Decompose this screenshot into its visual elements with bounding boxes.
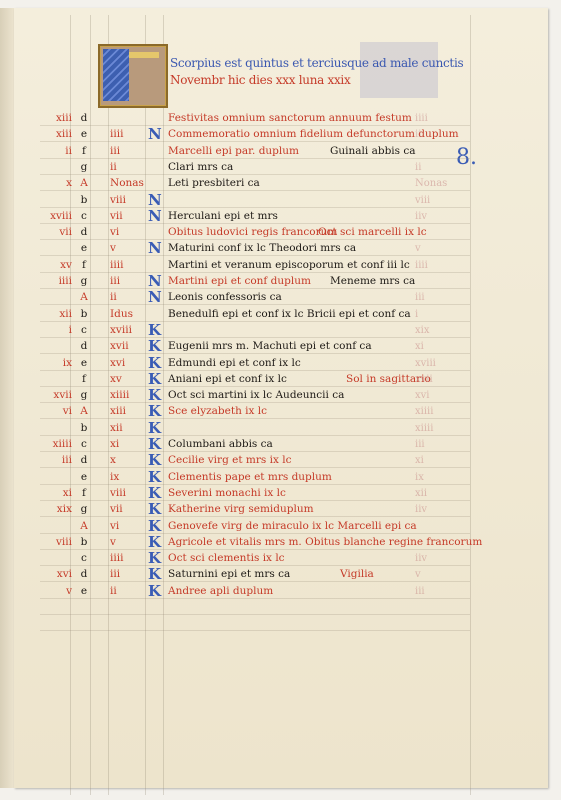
golden-number: viii <box>36 535 72 550</box>
ruling-line <box>40 158 470 159</box>
dominical-letter: c <box>78 551 90 566</box>
ruling-line <box>40 451 470 452</box>
calendar-row: xiiieiiiiNCommemoratio omnium fidelium d… <box>0 127 561 142</box>
dominical-letter: g <box>78 160 90 175</box>
calendar-row: iiiigiiiNMartini epi et conf duplumMenem… <box>0 274 561 289</box>
roman-date: ii <box>110 290 146 305</box>
dominical-letter: f <box>78 144 90 159</box>
ruling-line <box>40 125 470 126</box>
golden-number: xix <box>36 502 72 517</box>
show-through-text: xiiii <box>415 404 433 419</box>
golden-number: xiiii <box>36 437 72 452</box>
calendar-row: bxiiKxiiii <box>0 421 561 436</box>
calendar-row: xiibIdusBenedulfi epi et conf ix lc Bric… <box>0 307 561 322</box>
roman-date: iiii <box>110 127 146 142</box>
calendar-row: viidviObitus ludovici regis francorumOct… <box>0 225 561 240</box>
show-through-text: viii <box>415 193 430 208</box>
dominical-letter: A <box>78 176 90 191</box>
feast-entry: Saturnini epi et mrs ca <box>168 567 290 582</box>
calendar-row: xifviiiKSeverini monachi ix lcxii <box>0 486 561 501</box>
golden-number: v <box>36 584 72 599</box>
ruling-line <box>40 533 470 534</box>
kl-mark: K <box>148 535 160 550</box>
dominical-letter: g <box>78 274 90 289</box>
show-through-initial <box>360 42 438 98</box>
kl-mark: K <box>148 486 160 501</box>
feast-entry: Andree apli duplum <box>168 584 273 599</box>
dominical-letter: A <box>78 290 90 305</box>
show-through-text: xi <box>415 339 424 354</box>
roman-date: iiii <box>110 258 146 273</box>
calendar-row: dxviiKEugenii mrs m. Machuti epi et conf… <box>0 339 561 354</box>
show-through-text: xviii <box>415 356 436 371</box>
calendar-row: xviigxiiiiKOct sci martini ix lc Audeunc… <box>0 388 561 403</box>
feast-entry: Severini monachi ix lc <box>168 486 286 501</box>
roman-date: viii <box>110 486 146 501</box>
kl-mark: K <box>148 356 160 371</box>
dominical-letter: e <box>78 127 90 142</box>
dominical-letter: f <box>78 486 90 501</box>
roman-date: xviii <box>110 323 146 338</box>
ruling-line <box>40 174 470 175</box>
feast-entry: Oct sci martini ix lc Audeuncii ca <box>168 388 344 403</box>
golden-number: iii <box>36 453 72 468</box>
calendar-row: fxvKAniani epi et conf ix lcSol in sagit… <box>0 372 561 387</box>
show-through-text: xvi <box>415 388 430 403</box>
feast-entry: Maturini conf ix lc Theodori mrs ca <box>168 241 356 256</box>
kl-mark: N <box>148 241 160 256</box>
golden-number: x <box>36 176 72 191</box>
kl-mark: K <box>148 453 160 468</box>
kl-mark: K <box>148 323 160 338</box>
dominical-letter: f <box>78 372 90 387</box>
dominical-letter: b <box>78 421 90 436</box>
kl-mark: N <box>148 193 160 208</box>
roman-date: xiiii <box>110 388 146 403</box>
golden-number: xvii <box>36 388 72 403</box>
feast-extra: Guinali abbis ca <box>330 144 416 159</box>
feast-entry: Leti presbiteri ca <box>168 176 260 191</box>
golden-number: xi <box>36 486 72 501</box>
zodiac-line: Scorpius est quintus et terciusque ad ma… <box>170 56 463 70</box>
ruling-line <box>40 337 470 338</box>
feast-entry: Columbani abbis ca <box>168 437 273 452</box>
ruling-line <box>40 207 470 208</box>
roman-date: Nonas <box>110 176 146 191</box>
feast-entry: Cecilie virg et mrs ix lc <box>168 453 291 468</box>
ruling-line <box>40 549 470 550</box>
show-through-text: v <box>415 567 421 582</box>
feast-extra: Oct sci marcelli ix lc <box>318 225 427 240</box>
golden-number: xviii <box>36 209 72 224</box>
dominical-letter: b <box>78 193 90 208</box>
show-through-text: iii <box>415 584 425 599</box>
calendar-row: bviiiNviii <box>0 193 561 208</box>
feast-entry: Leonis confessoris ca <box>168 290 282 305</box>
show-through-text: iiv <box>415 551 427 566</box>
dominical-letter: e <box>78 584 90 599</box>
roman-date: vi <box>110 225 146 240</box>
kl-mark: K <box>148 388 160 403</box>
roman-date: xvii <box>110 339 146 354</box>
show-through-text: iiii <box>415 258 428 273</box>
roman-date: ix <box>110 470 146 485</box>
golden-number: xiii <box>36 111 72 126</box>
show-through-text: xii <box>415 486 427 501</box>
kl-mark: N <box>148 127 160 142</box>
dominical-letter: b <box>78 307 90 322</box>
feast-entry: Katherine virg semiduplum <box>168 502 314 517</box>
ruling-line <box>40 516 470 517</box>
golden-number: xii <box>36 307 72 322</box>
dominical-letter: e <box>78 470 90 485</box>
show-through-text: iii <box>415 290 425 305</box>
ruling-line <box>40 272 470 273</box>
calendar-row: xiiidFestivitas omnium sanctorum annuum … <box>0 111 561 126</box>
roman-date: Idus <box>110 307 146 322</box>
illuminated-initial <box>98 44 168 108</box>
feast-entry: Martini et veranum episcoporum et conf i… <box>168 258 410 273</box>
feast-entry: Edmundi epi et conf ix lc <box>168 356 301 371</box>
ruling-line <box>40 418 470 419</box>
roman-date: xiii <box>110 404 146 419</box>
dominical-letter: f <box>78 258 90 273</box>
show-through-text: xiiii <box>415 421 433 436</box>
calendar-row: viAxiiiKSce elyzabeth ix lcxiiii <box>0 404 561 419</box>
calendar-row: ixexviKEdmundi epi et conf ix lcxviii <box>0 356 561 371</box>
kl-mark: K <box>148 519 160 534</box>
dominical-letter: A <box>78 519 90 534</box>
ruling-line <box>40 370 470 371</box>
ruling-line <box>40 500 470 501</box>
roman-date: v <box>110 241 146 256</box>
show-through-text: ii <box>415 160 421 175</box>
feast-entry: Obitus ludovici regis francorum <box>168 225 337 240</box>
dominical-letter: d <box>78 567 90 582</box>
calendar-row: xANonasLeti presbiteri caNonas <box>0 176 561 191</box>
show-through-text: Nonas <box>415 176 447 191</box>
roman-date: iii <box>110 274 146 289</box>
roman-date: xi <box>110 437 146 452</box>
kl-mark: N <box>148 290 160 305</box>
ruling-line <box>40 255 470 256</box>
roman-date: viii <box>110 193 146 208</box>
feast-entry: Clari mrs ca <box>168 160 233 175</box>
show-through-text: ix <box>415 470 424 485</box>
calendar-row: ciiiiKOct sci clementis ix lciiv <box>0 551 561 566</box>
feast-entry: Marcelli epi par. duplum <box>168 144 299 159</box>
dominical-letter: c <box>78 323 90 338</box>
feast-entry: Festivitas omnium sanctorum annuum festu… <box>168 111 412 126</box>
dominical-letter: c <box>78 437 90 452</box>
ruling-line <box>40 353 470 354</box>
feast-entry: Oct sci clementis ix lc <box>168 551 285 566</box>
calendar-row: veiiKAndree apli duplumiii <box>0 584 561 599</box>
feast-entry: Herculani epi et mrs <box>168 209 278 224</box>
ruling-line <box>40 321 470 322</box>
dominical-letter: d <box>78 339 90 354</box>
roman-date: ii <box>110 584 146 599</box>
ruling-line <box>40 598 470 599</box>
kl-mark: K <box>148 421 160 436</box>
calendar-row: evNMaturini conf ix lc Theodori mrs cav <box>0 241 561 256</box>
ruling-line <box>40 467 470 468</box>
roman-date: vi <box>110 519 146 534</box>
feast-entry: Genovefe virg de miraculo ix lc Marcelli… <box>168 519 417 534</box>
golden-number: xvi <box>36 567 72 582</box>
initial-gold-bar <box>129 52 159 58</box>
roman-date: x <box>110 453 146 468</box>
show-through-text: i <box>415 307 418 322</box>
feast-entry: Eugenii mrs m. Machuti epi et conf ca <box>168 339 372 354</box>
calendar-row: xiiiicxiKColumbani abbis caiii <box>0 437 561 452</box>
feast-entry: Martini epi et conf duplum <box>168 274 311 289</box>
ruling-line <box>40 484 470 485</box>
calendar-row: xvidiiiKSaturnini epi et mrs caVigiliav <box>0 567 561 582</box>
dominical-letter: A <box>78 404 90 419</box>
golden-number: xv <box>36 258 72 273</box>
initial-blue-panel <box>103 49 129 101</box>
roman-date: vii <box>110 209 146 224</box>
kl-mark: K <box>148 584 160 599</box>
ruling-line <box>40 239 470 240</box>
roman-date: xvi <box>110 356 146 371</box>
dominical-letter: d <box>78 225 90 240</box>
show-through-text: xvii <box>415 372 433 387</box>
ruling-line <box>40 581 470 582</box>
calendar-row: icxviiiKxix <box>0 323 561 338</box>
ruling-line <box>40 435 470 436</box>
calendar-row: xixgviiKKatherine virg semiduplumiiv <box>0 502 561 517</box>
show-through-text: iiv <box>415 209 427 224</box>
calendar-row: iiidxKCecilie virg et mrs ix lcxi <box>0 453 561 468</box>
dominical-letter: d <box>78 453 90 468</box>
kl-mark: K <box>148 551 160 566</box>
kl-mark: N <box>148 209 160 224</box>
roman-date: iiii <box>110 551 146 566</box>
kl-mark: N <box>148 274 160 289</box>
dominical-letter: c <box>78 209 90 224</box>
kl-mark: K <box>148 567 160 582</box>
roman-date: v <box>110 535 146 550</box>
dominical-letter: e <box>78 356 90 371</box>
show-through-text: iiv <box>415 502 427 517</box>
golden-number: i <box>36 323 72 338</box>
roman-date: iii <box>110 144 146 159</box>
calendar-row: eixKClementis pape et mrs duplumix <box>0 470 561 485</box>
kl-mark: K <box>148 372 160 387</box>
calendar-row: viiibvKAgricole et vitalis mrs m. Obitus… <box>0 535 561 550</box>
ruling-line <box>40 565 470 566</box>
dominical-letter: g <box>78 502 90 517</box>
show-through-text: iiii <box>415 111 428 126</box>
ruling-line <box>40 386 470 387</box>
ruling-line <box>40 402 470 403</box>
feast-entry: Clementis pape et mrs duplum <box>168 470 332 485</box>
kl-mark: K <box>148 470 160 485</box>
feast-entry: Agricole et vitalis mrs m. Obitus blanch… <box>168 535 482 550</box>
golden-number: vii <box>36 225 72 240</box>
show-through-text: ii <box>415 127 421 142</box>
dominical-letter: d <box>78 111 90 126</box>
roman-date: ii <box>110 160 146 175</box>
roman-date: xii <box>110 421 146 436</box>
calendar-row: iifiiiMarcelli epi par. duplumGuinali ab… <box>0 144 561 159</box>
ruling-line <box>40 630 470 631</box>
calendar-row: xviiicviiNHerculani epi et mrsiiv <box>0 209 561 224</box>
roman-date: vii <box>110 502 146 517</box>
feast-extra: Meneme mrs ca <box>330 274 415 289</box>
kl-mark: K <box>148 502 160 517</box>
dominical-letter: e <box>78 241 90 256</box>
ruling-line <box>40 223 470 224</box>
feast-entry: Benedulfi epi et conf ix lc Bricii epi e… <box>168 307 411 322</box>
dominical-letter: g <box>78 388 90 403</box>
golden-number: ii <box>36 144 72 159</box>
ruling-line <box>40 141 470 142</box>
calendar-row: xvfiiiiMartini et veranum episcoporum et… <box>0 258 561 273</box>
ruling-line <box>40 190 470 191</box>
show-through-text: v <box>415 241 421 256</box>
golden-number: iiii <box>36 274 72 289</box>
feast-extra: Vigilia <box>340 567 374 582</box>
calendar-row: AiiNLeonis confessoris caiii <box>0 290 561 305</box>
golden-number: ix <box>36 356 72 371</box>
calendar-row: giiClari mrs caii <box>0 160 561 175</box>
show-through-text: xix <box>415 323 429 338</box>
kl-mark: K <box>148 339 160 354</box>
feast-entry: Sce elyzabeth ix lc <box>168 404 267 419</box>
ruling-line <box>40 288 470 289</box>
month-line: Novembr hic dies xxx luna xxix <box>170 73 350 87</box>
calendar-row: AviKGenovefe virg de miraculo ix lc Marc… <box>0 519 561 534</box>
roman-date: iii <box>110 567 146 582</box>
dominical-letter: b <box>78 535 90 550</box>
golden-number: vi <box>36 404 72 419</box>
ruling-line <box>40 614 470 615</box>
golden-number: xiii <box>36 127 72 142</box>
roman-date: xv <box>110 372 146 387</box>
ruling-line <box>40 304 470 305</box>
show-through-text: xi <box>415 453 424 468</box>
kl-mark: K <box>148 437 160 452</box>
feast-entry: Aniani epi et conf ix lc <box>168 372 287 387</box>
show-through-text: iii <box>415 437 425 452</box>
kl-mark: K <box>148 404 160 419</box>
